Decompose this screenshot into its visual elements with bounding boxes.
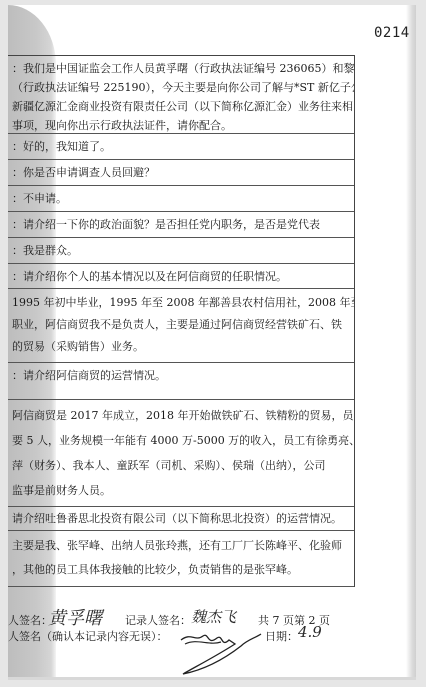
record-line: ：我们是中国证监会工作人员黄孚曙（行政执法证编号 236065）和黎志 bbox=[12, 59, 354, 78]
interviewer-signature: 黄孚曙 bbox=[48, 604, 102, 630]
record-row-answer: ：不申请。 bbox=[8, 186, 354, 212]
record-row-answer: 阿信商贸是 2017 年成立，2018 年开始做铁矿石、铁精粉的贸易，员 要 5… bbox=[8, 400, 354, 507]
record-line: 监事是前财务人员。 bbox=[12, 478, 354, 503]
record-line: ：好的，我知道了。 bbox=[12, 140, 111, 153]
record-row-answer: ：好的，我知道了。 bbox=[8, 134, 354, 160]
record-line: ：请介绍阿信商贸的运营情况。 bbox=[12, 369, 166, 382]
date-value: 4.9 bbox=[298, 623, 322, 641]
page-number-stamp: 0214 bbox=[374, 25, 410, 41]
record-line: ：你是否申请调查人员回避？ bbox=[12, 166, 155, 179]
interview-record-table: ：我们是中国证监会工作人员黄孚曙（行政执法证编号 236065）和黎志 （行政执… bbox=[8, 55, 355, 587]
interviewee-signature bbox=[173, 630, 263, 680]
record-row-question: ：请介绍一下你的政治面貌？是否担任党内职务，是否是党代表 bbox=[8, 212, 354, 238]
date-label: 日期： bbox=[265, 628, 298, 644]
signature-footer: 人签名： 黄孚曙 记录人签名： 魏杰飞 共 7 页第 2 页 人签名（确认本记录… bbox=[8, 610, 408, 680]
record-line: 要 5 人，业务规模一年能有 4000 万-5000 万的收入，员工有徐勇亮、 bbox=[12, 428, 354, 453]
record-line: 新疆亿源汇金商业投资有限责任公司（以下简称亿源汇金）业务往来相 bbox=[12, 97, 354, 116]
record-line: 请介绍吐鲁番思北投资有限公司（以下简称思北投资）的运营情况。 bbox=[12, 512, 342, 525]
record-line: 的贸易（采购销售）业务。 bbox=[12, 336, 354, 358]
record-row-answer: ：我是群众。 bbox=[8, 238, 354, 264]
record-row-answer: 主要是我、张罕峰、出纳人员张玲燕，还有工厂厂长陈峰平、化验师 ，其他的员工具体我… bbox=[8, 531, 354, 587]
record-line: 事项，现向你出示行政执法证件，请你配合。 bbox=[12, 116, 354, 134]
record-line: 职业，阿信商贸我不是负责人，主要是通过阿信商贸经营铁矿石、铁 bbox=[12, 314, 354, 336]
record-line: 萍（财务）、我本人、童跃军（司机、采购）、侯瑞（出纳），公司 bbox=[12, 453, 354, 478]
record-line: ：请介绍一下你的政治面貌？是否担任党内职务，是否是党代表 bbox=[12, 218, 320, 231]
record-row-question: ：请介绍你个人的基本情况以及在阿信商贸的任职情况。 bbox=[8, 264, 354, 289]
record-line: 阿信商贸是 2017 年成立，2018 年开始做铁矿石、铁精粉的贸易，员 bbox=[12, 403, 354, 428]
scanned-document-page: 0214 ：我们是中国证监会工作人员黄孚曙（行政执法证编号 236065）和黎志… bbox=[8, 5, 416, 680]
record-row-question: ：请介绍阿信商贸的运营情况。 bbox=[8, 363, 354, 400]
record-row-intro: ：我们是中国证监会工作人员黄孚曙（行政执法证编号 236065）和黎志 （行政执… bbox=[8, 56, 354, 134]
interviewee-sign-label: 人签名（确认本记录内容无误）： bbox=[8, 628, 168, 644]
record-line: ：请介绍你个人的基本情况以及在阿信商贸的任职情况。 bbox=[12, 270, 287, 283]
page-edge bbox=[406, 5, 416, 680]
record-row-question: ：你是否申请调查人员回避？ bbox=[8, 160, 354, 186]
recorder-signature: 魏杰飞 bbox=[191, 606, 236, 627]
record-line: ：不申请。 bbox=[12, 192, 67, 205]
record-line: ：我是群众。 bbox=[12, 244, 78, 257]
recorder-sign-label: 记录人签名： bbox=[125, 612, 191, 628]
interviewer-sign-label: 人签名： bbox=[8, 612, 52, 628]
record-line: 1995 年初中毕业，1995 年至 2008 年鄯善县农村信用社，2008 年… bbox=[12, 292, 354, 314]
record-row-answer: 1995 年初中毕业，1995 年至 2008 年鄯善县农村信用社，2008 年… bbox=[8, 289, 354, 363]
record-line: 主要是我、张罕峰、出纳人员张玲燕，还有工厂厂长陈峰平、化验师 bbox=[12, 534, 354, 558]
record-line: ，其他的员工具体我接触的比较少，负责销售的是张罕峰。 bbox=[12, 558, 354, 582]
record-row-question: 请介绍吐鲁番思北投资有限公司（以下简称思北投资）的运营情况。 bbox=[8, 507, 354, 531]
record-line: （行政执法证编号 225190），今天主要是向你公司了解与*ST 新亿子公 bbox=[12, 78, 354, 97]
